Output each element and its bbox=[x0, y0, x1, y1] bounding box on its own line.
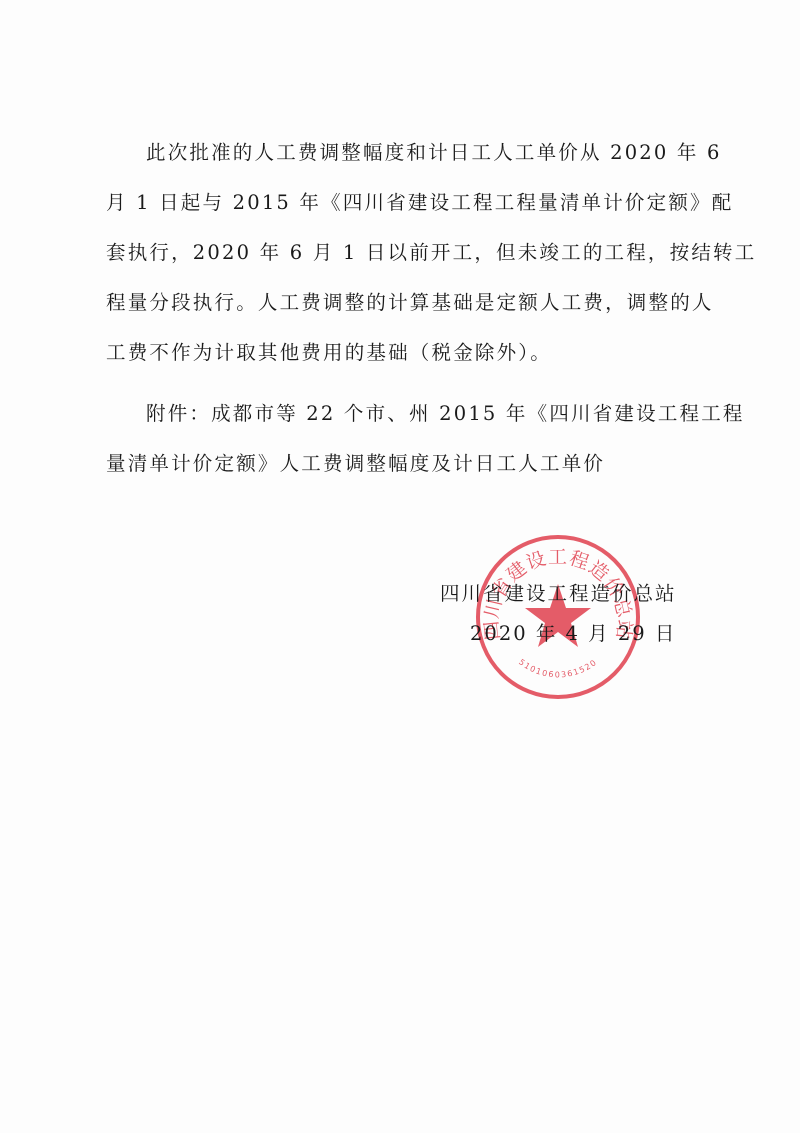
attachment-paragraph: 附件：成都市等 22 个市、州 2015 年《四川省建设工程工程 量清单计价定额… bbox=[106, 389, 696, 489]
issue-date: 2020 年 4 月 29 日 bbox=[440, 614, 677, 654]
signature-block: 四川省建设工程造价总站 2020 年 4 月 29 日 bbox=[440, 574, 677, 654]
svg-text:5101060361520: 5101060361520 bbox=[517, 657, 599, 679]
paragraph-line: 月 1 日起与 2015 年《四川省建设工程工程量清单计价定额》配 bbox=[106, 178, 696, 228]
paragraph-line: 套执行，2020 年 6 月 1 日以前开工，但未竣工的工程，按结转工 bbox=[106, 228, 696, 278]
document-page: 此次批准的人工费调整幅度和计日工人工单价从 2020 年 6 月 1 日起与 2… bbox=[0, 0, 800, 1133]
paragraph-line: 此次批准的人工费调整幅度和计日工人工单价从 2020 年 6 bbox=[106, 128, 696, 178]
attachment-line: 量清单计价定额》人工费调整幅度及计日工人工单价 bbox=[106, 439, 696, 489]
paragraph-line: 程量分段执行。人工费调整的计算基础是定额人工费，调整的人 bbox=[106, 278, 696, 328]
issuing-organization: 四川省建设工程造价总站 bbox=[440, 574, 677, 614]
main-paragraph: 此次批准的人工费调整幅度和计日工人工单价从 2020 年 6 月 1 日起与 2… bbox=[106, 128, 696, 378]
attachment-line: 附件：成都市等 22 个市、州 2015 年《四川省建设工程工程 bbox=[106, 389, 696, 439]
paragraph-line: 工费不作为计取其他费用的基础（税金除外）。 bbox=[106, 328, 696, 378]
